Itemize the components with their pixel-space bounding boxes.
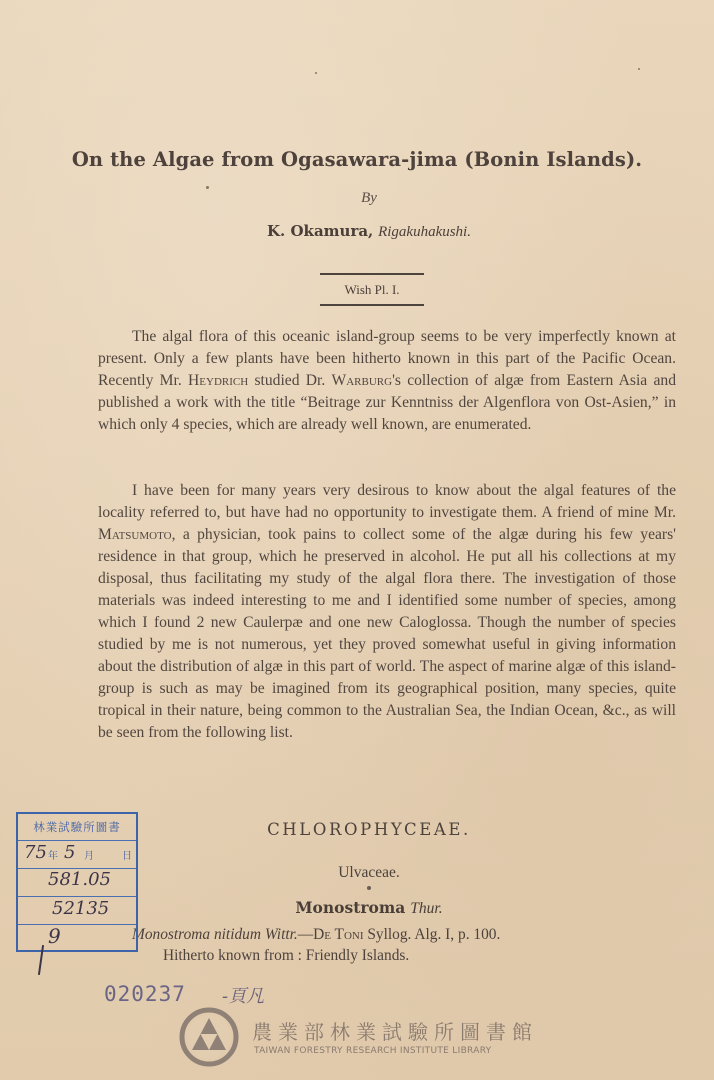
library-name-chinese: 農業部林業試驗所圖書館: [252, 1016, 538, 1045]
text-run: studied Dr.: [248, 372, 331, 389]
plate-rule-bottom: [320, 304, 424, 306]
library-seal-icon: [178, 1006, 240, 1068]
genus-authority: Thur.: [410, 900, 442, 917]
stamp-month: 5: [64, 842, 75, 863]
stamp-author-number: 52135: [52, 898, 109, 919]
paper-speck: [206, 186, 209, 189]
species-dash: —: [298, 926, 313, 943]
species-ref: Syllog. Alg. I, p. 100.: [364, 926, 501, 943]
accession-number: 020237: [104, 982, 186, 1006]
stamp-volume: 9: [48, 924, 61, 948]
text-run: , a physician, took pains to collect som…: [98, 526, 676, 741]
stamp-header: 林業試驗所圖書: [18, 819, 136, 835]
species-ref-author: De Toni: [313, 926, 363, 943]
stamp-year-label: 年: [48, 847, 58, 862]
stamp-day-label: 日: [122, 847, 132, 862]
paragraph-2: I have been for many years very desirous…: [98, 480, 676, 744]
species-distribution: Hitherto known from : Friendly Islands.: [163, 947, 663, 965]
plate-rule-top: [320, 273, 424, 275]
stamp-month-label: 月: [84, 847, 94, 862]
author-line: K. Okamura, Rigakuhakushi.: [0, 222, 714, 241]
species-name: Monostroma nitidum Wittr.: [132, 926, 298, 943]
stamp-divider: [18, 896, 136, 897]
text-run: I have been for many years very desirous…: [98, 482, 676, 521]
person-name-matsumoto: Matsumoto: [98, 526, 172, 543]
document-page: On the Algae from Ogasawara-jima (Bonin …: [0, 0, 714, 1080]
separator-dot: [367, 886, 371, 890]
author-degree: Rigakuhakushi.: [378, 224, 471, 240]
paper-speck: [638, 68, 640, 70]
stamp-class-number: 581.05: [48, 869, 111, 890]
person-name-heydrich: Heydrich: [188, 372, 248, 389]
plate-note: Wish Pl. I.: [320, 282, 424, 298]
paper-speck: [315, 72, 317, 74]
genus-name: Monostroma: [295, 898, 405, 917]
person-name-warburg: Warburg: [332, 372, 393, 389]
accession-mark: -頁凡: [222, 982, 264, 1008]
paragraph-1: The algal flora of this oceanic island-g…: [98, 326, 676, 436]
stamp-divider: [18, 840, 136, 841]
byline: By: [0, 190, 714, 207]
article-title: On the Algae from Ogasawara-jima (Bonin …: [0, 148, 714, 171]
stamp-year: 75: [24, 842, 47, 863]
library-name-english: TAIWAN FORESTRY RESEARCH INSTITUTE LIBRA…: [254, 1046, 491, 1056]
species-entry: Monostroma nitidum Wittr.—De Toni Syllog…: [132, 926, 652, 944]
library-catalog-stamp: 林業試驗所圖書 75 年 5 月 日 581.05 52135 9: [16, 812, 138, 952]
author-name: K. Okamura,: [267, 222, 373, 240]
stamp-divider: [18, 924, 136, 925]
